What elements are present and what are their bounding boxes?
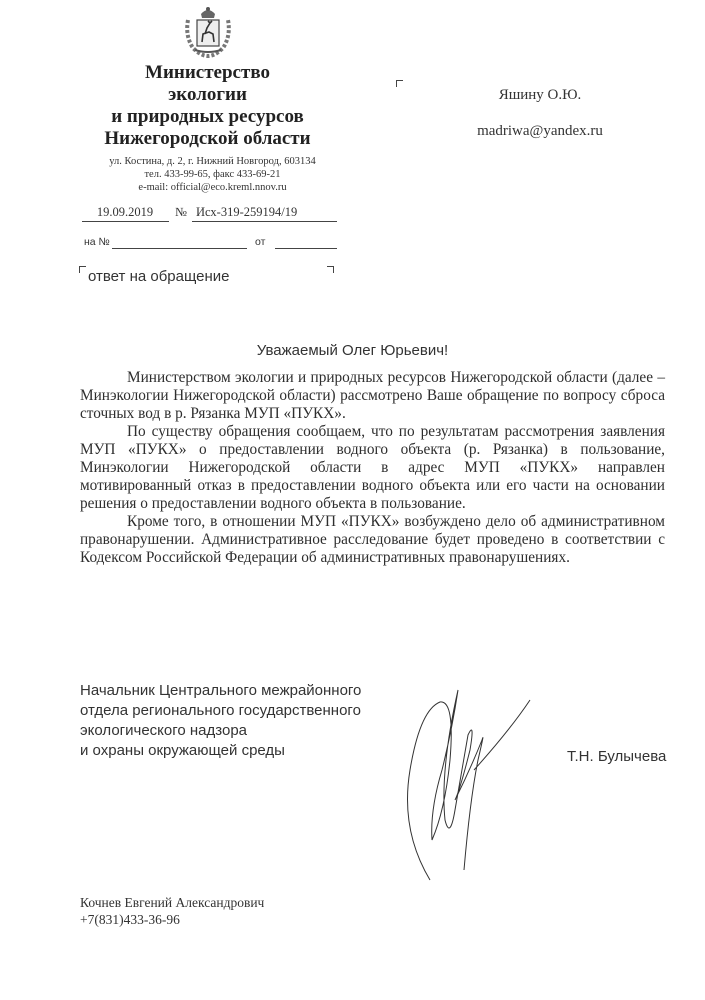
executor-phone: +7(831)433-36-96 (80, 911, 264, 928)
signer-position-line: и охраны окружающей среды (80, 741, 400, 761)
greeting: Уважаемый Олег Юрьевич! (0, 342, 705, 359)
body-paragraph: Кроме того, в отношении МУП «ПУКХ» возбу… (80, 513, 665, 567)
subject-corner-right (327, 266, 334, 273)
recipient-name: Яшину О.Ю. (395, 87, 685, 104)
date-underline (82, 221, 169, 222)
ministry-name-line: Министерство (100, 62, 315, 84)
body-paragraph: Министерством экологии и природных ресур… (80, 369, 665, 423)
ministry-phone-fax: тел. 433-99-65, факс 433-69-21 (100, 168, 325, 181)
ministry-name-line: и природных ресурсов (100, 106, 315, 128)
number-label: № (175, 205, 187, 220)
executor-name: Кочнев Евгений Александрович (80, 894, 264, 911)
body-paragraph: По существу обращения сообщаем, что по р… (80, 423, 665, 513)
ministry-email: e-mail: official@eco.kreml.nnov.ru (100, 181, 325, 194)
letter-body: Министерством экологии и природных ресур… (80, 369, 665, 567)
signer-position-line: Начальник Центрального межрайонного (80, 681, 400, 701)
recipient-corner-left (396, 80, 403, 87)
ministry-address: ул. Костина, д. 2, г. Нижний Новгород, 6… (100, 155, 325, 168)
recipient-email: madriwa@yandex.ru (395, 123, 685, 140)
executor-info: Кочнев Евгений Александрович +7(831)433-… (80, 894, 264, 928)
ministry-name-line: экологии (100, 84, 315, 106)
signer-position: Начальник Центрального межрайонного отде… (80, 681, 400, 761)
number-underline (192, 221, 337, 222)
ministry-name-line: Нижегородской области (100, 128, 315, 150)
from-field (275, 248, 337, 249)
subject-corner-left (79, 266, 86, 273)
signer-name: Т.Н. Булычева (567, 748, 666, 765)
outgoing-number: Исх-319-259194/19 (196, 205, 336, 220)
signer-position-line: отдела регионального государственного (80, 701, 400, 721)
reply-to-field (112, 248, 247, 249)
ministry-name: Министерство экологии и природных ресурс… (100, 62, 315, 150)
handwritten-signature-icon (370, 680, 550, 885)
signer-position-line: экологического надзора (80, 721, 400, 741)
from-label: от (255, 236, 265, 248)
ministry-contacts: ул. Костина, д. 2, г. Нижний Новгород, 6… (100, 155, 325, 194)
subject-line: ответ на обращение (88, 268, 230, 285)
outgoing-date: 19.09.2019 (84, 205, 166, 220)
coat-of-arms-icon (183, 6, 233, 58)
reply-to-label: на № (84, 236, 110, 248)
